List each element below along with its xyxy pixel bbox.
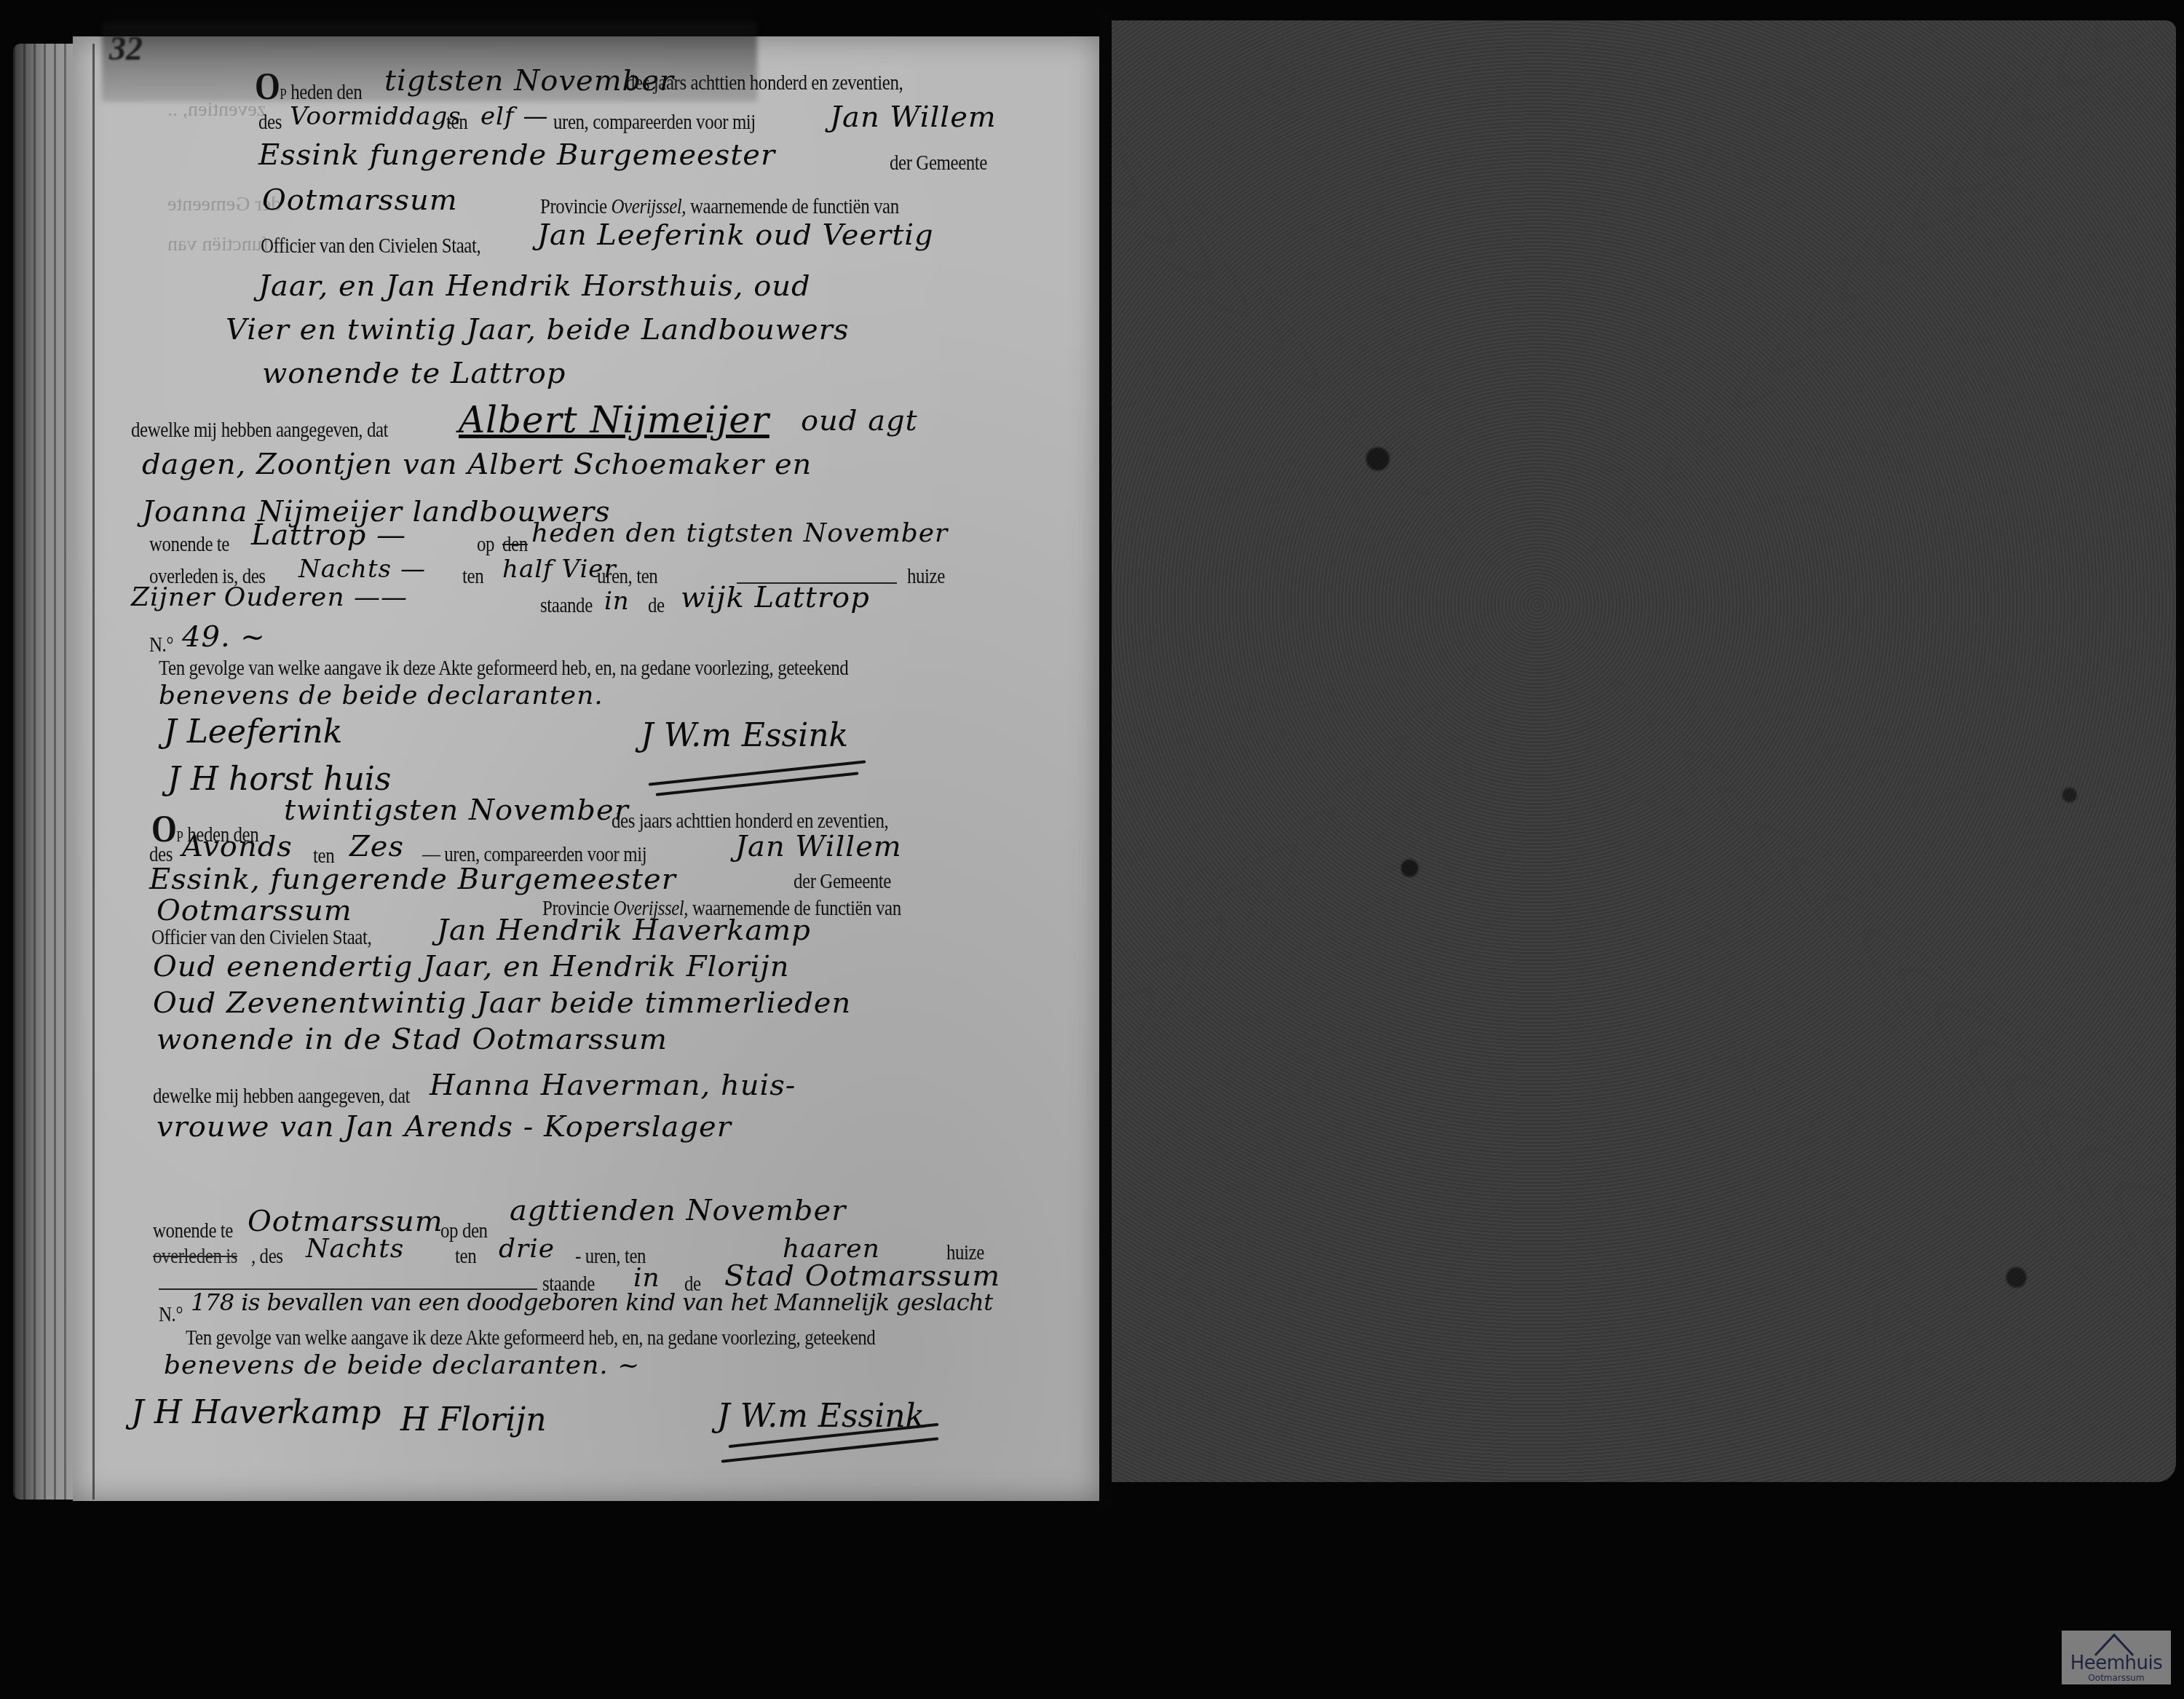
r1-in: in: [604, 587, 630, 616]
r2-signature-witness-1: J H Haverkamp: [131, 1394, 381, 1431]
r2-mayor-title: Essink, fungerende Burgemeester: [149, 863, 676, 896]
logo-place: Ootmarssum: [2088, 1673, 2144, 1683]
r1-ten: ten: [446, 111, 467, 135]
r1-declarants: benevens de beide declaranten.: [159, 681, 604, 710]
r2-event-date: agttienden November: [510, 1194, 846, 1227]
r2-mother-name: Hanna Haverman, huis-: [430, 1069, 796, 1102]
r2-officier: Officier van den Civielen Staat,: [151, 926, 371, 950]
r2-des: , des: [251, 1245, 283, 1269]
r2-witness-residence: wonende in de Stad Ootmarssum: [157, 1023, 668, 1056]
r2-hour-of-event: drie: [499, 1234, 555, 1264]
r2-mayor-first-name: Jan Willem: [735, 830, 902, 863]
r2-date-handwritten: twintigsten November: [284, 793, 629, 827]
r1-struck-den: den: [502, 533, 528, 557]
r2-signature-witness-2: H Florijn: [400, 1401, 547, 1438]
r1-witness-residence: wonende te Lattrop: [262, 357, 566, 390]
r2-witness-1: Jan Hendrik Haverkamp: [437, 914, 811, 947]
heemhuis-logo: Heemhuis Ootmarssum: [2062, 1631, 2171, 1684]
house-roof-icon: [2092, 1632, 2136, 1657]
r2-number-label: N.°: [159, 1303, 183, 1327]
r2-time-of-day: Avonds: [182, 830, 293, 863]
r1-deceased-age: oud agt: [801, 404, 918, 437]
r2-record-number-and-note: 178 is bevallen van een doodgeboren kind…: [191, 1288, 993, 1316]
r1-house-owner: Zijner Ouderen ——: [131, 582, 408, 612]
margin-rule: [92, 44, 95, 1500]
r2-aangegeven: dewelke mij hebben aangegeven, dat: [153, 1085, 410, 1109]
r1-year-printed: des jaars achttien honderd en zeventien,: [626, 71, 903, 95]
r1-wonende-te: wonende te: [149, 533, 229, 557]
r1-closing-formula: Ten gevolge van welke aangave ik deze Ak…: [159, 657, 848, 681]
r1-deceased-name: Albert Nijmeijer: [459, 399, 769, 441]
r1-aangegeven: dewelke mij hebben aangegeven, dat: [131, 419, 388, 443]
r1-municipality: Ootmarssum: [262, 183, 458, 217]
r2-declarants: benevens de beide declaranten. ~: [164, 1350, 640, 1380]
r1-signature-witness-2: J H horst huis: [167, 761, 391, 798]
r1-uren-ten: uren, ten: [597, 565, 657, 589]
r1-district: wijk Lattrop: [681, 581, 870, 614]
r1-mayor-first-name: Jan Willem: [830, 100, 997, 134]
r1-witness-ages: Vier en twintig Jaar, beide Landbouwers: [226, 313, 849, 346]
r1-parents-line: dagen, Zoontjen van Albert Schoemaker en: [142, 448, 812, 481]
page-number: 32: [109, 29, 143, 68]
r1-time-of-death: Nachts —: [298, 555, 426, 584]
r1-staande: staande: [540, 594, 593, 618]
r1-de: de: [648, 594, 665, 618]
r1-op: op: [477, 533, 494, 557]
r1-provincie: Provincie Overijssel, waarnemende de fun…: [540, 195, 899, 219]
bleed-through-text: zeventien, ..: [167, 98, 266, 122]
book-gutter: [1099, 15, 1112, 1507]
r2-wonende-te: wonende te: [153, 1219, 233, 1243]
r2-gemeente: der Gemeente: [794, 870, 891, 894]
r1-huize: huize: [907, 565, 945, 589]
right-page-blank: [1112, 20, 2176, 1482]
r2-closing-formula: Ten gevolge van welke aangave ik deze Ak…: [186, 1326, 875, 1350]
r2-hour: Zes: [349, 830, 404, 863]
r1-compareerden: uren, compareerden voor mij: [553, 111, 756, 135]
r2-struck-overleden: overleden is: [153, 1245, 237, 1269]
r2-time-of-event: Nachts: [306, 1234, 404, 1264]
r1-record-number: 49. ~: [182, 620, 266, 654]
r2-witness-1-age-witness-2: Oud eenendertig Jaar, en Hendrik Florijn: [153, 950, 790, 983]
r1-signature-mayor: J W.m Essink: [641, 717, 848, 754]
r2-ten-2: ten: [455, 1245, 476, 1269]
r2-witness-ages-occupation: Oud Zevenentwintig Jaar beide timmerlied…: [153, 986, 851, 1020]
r1-witness-1: Jan Leeferink oud Veertig: [537, 218, 934, 252]
r1-des: des: [258, 111, 282, 135]
r1-number-label: N.°: [149, 633, 173, 657]
r1-death-date: heden den tigtsten November: [531, 518, 948, 548]
r1-ten-2: ten: [462, 565, 483, 589]
r2-husband: vrouwe van Jan Arends - Koperslager: [157, 1110, 732, 1144]
r1-gemeente: der Gemeente: [890, 151, 987, 175]
bleed-through-text: functiën van: [167, 233, 269, 256]
r1-time-of-day: Voormiddags: [290, 102, 462, 131]
r1-signature-witness-1: J Leeferink: [164, 713, 342, 751]
r2-op-den: op den: [440, 1219, 488, 1243]
r2-municipality: Ootmarssum: [157, 894, 352, 927]
r1-hour: elf —: [480, 102, 548, 131]
r1-witness-2: Jaar, en Jan Hendrik Horsthuis, oud: [258, 269, 811, 303]
r1-residence: Lattrop —: [251, 518, 406, 552]
r1-mayor-title: Essink fungerende Burgemeester: [258, 138, 775, 172]
r1-officier: Officier van den Civielen Staat,: [261, 234, 480, 258]
